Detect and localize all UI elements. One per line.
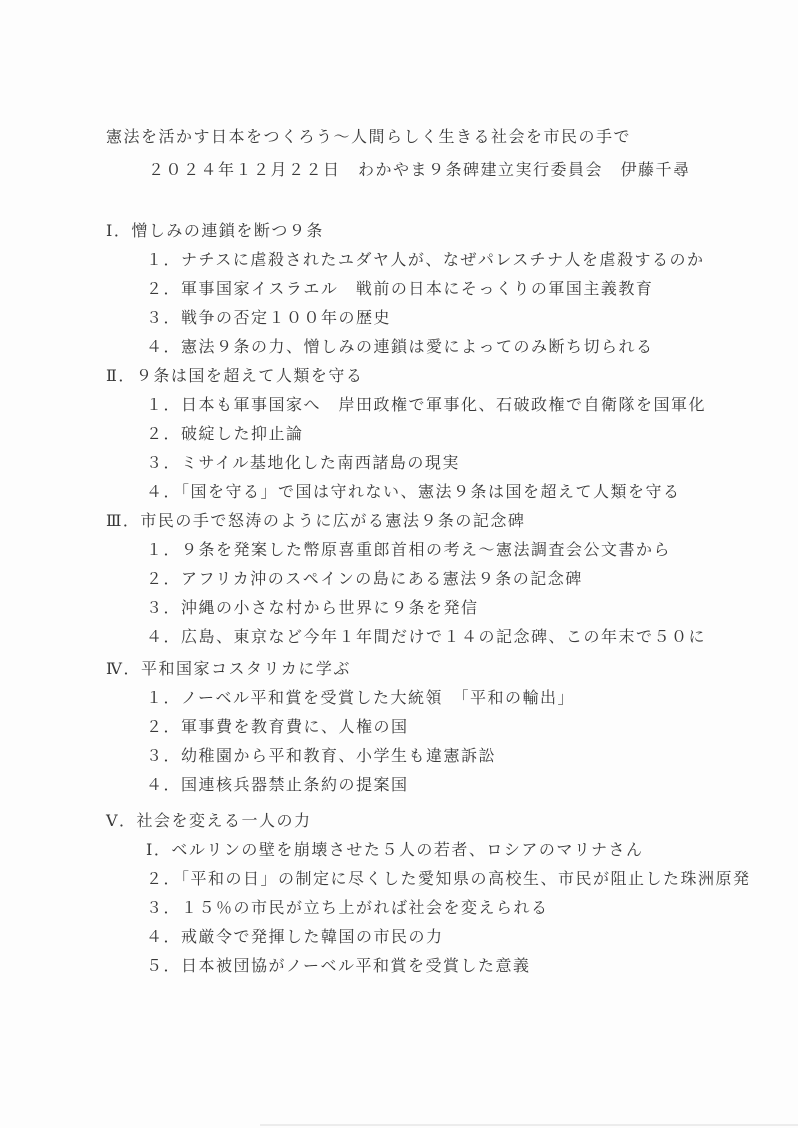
toc-item: ４．「国を守る」で国は守れない、憲法９条は国を超えて人類を守る xyxy=(146,478,776,507)
toc-item: １．ナチスに虐殺されたユダヤ人が、なぜパレスチナ人を虐殺するのか xyxy=(146,246,776,275)
toc-item: ３．戦争の否定１００年の歴史 xyxy=(146,304,776,333)
toc-item: １．９条を発案した幣原喜重郎首相の考え～憲法調査会公文書から xyxy=(146,536,776,565)
scanned-document-page: 憲法を活かす日本をつくろう～人間らしく生きる社会を市民の手で ２０２４年１２月２… xyxy=(0,0,798,1128)
toc-item: ３．ミサイル基地化した南西諸島の現実 xyxy=(146,449,776,478)
document-title: 憲法を活かす日本をつくろう～人間らしく生きる社会を市民の手で xyxy=(106,128,776,148)
toc-section-5: Ⅴ．社会を変える一人の力 Ⅰ．ベルリンの壁を崩壊させた５人の若者、ロシアのマリナ… xyxy=(106,807,776,981)
section-heading: Ⅱ．９条は国を超えて人類を守る xyxy=(106,362,776,391)
toc-section-4: Ⅳ．平和国家コスタリカに学ぶ １．ノーベル平和賞を受賞した大統領 「平和の輸出」… xyxy=(106,655,776,800)
toc-item: ４．広島、東京など今年１年間だけで１４の記念碑、この年末で５０に xyxy=(146,623,776,652)
toc-section-1: Ⅰ．憎しみの連鎖を断つ９条 １．ナチスに虐殺されたユダヤ人が、なぜパレスチナ人を… xyxy=(106,217,776,362)
toc-item: ３．幼稚園から平和教育、小学生も違憲訴訟 xyxy=(146,742,776,771)
document-content: 憲法を活かす日本をつくろう～人間らしく生きる社会を市民の手で ２０２４年１２月２… xyxy=(106,128,776,981)
toc-section-2: Ⅱ．９条は国を超えて人類を守る １．日本も軍事国家へ 岸田政権で軍事化、石破政権… xyxy=(106,362,776,507)
toc-item: ２．「平和の日」の制定に尽くした愛知県の高校生、市民が阻止した珠洲原発 xyxy=(146,865,776,894)
section-heading: Ⅲ．市民の手で怒涛のように広がる憲法９条の記念碑 xyxy=(106,507,776,536)
toc-item: ３．沖縄の小さな村から世界に９条を発信 xyxy=(146,594,776,623)
toc-item: １．日本も軍事国家へ 岸田政権で軍事化、石破政権で自衛隊を国軍化 xyxy=(146,391,776,420)
toc-item: ３．１５％の市民が立ち上がれば社会を変えられる xyxy=(146,894,776,923)
toc-item: ２．破綻した抑止論 xyxy=(146,420,776,449)
toc-section-3: Ⅲ．市民の手で怒涛のように広がる憲法９条の記念碑 １．９条を発案した幣原喜重郎首… xyxy=(106,507,776,652)
toc-item: ２．軍事費を教育費に、人権の国 xyxy=(146,713,776,742)
toc-item: ４．憲法９条の力、憎しみの連鎖は愛によってのみ断ち切られる xyxy=(146,333,776,362)
toc-item: ４．国連核兵器禁止条約の提案国 xyxy=(146,771,776,800)
toc-item: ２．アフリカ沖のスペインの島にある憲法９条の記念碑 xyxy=(146,565,776,594)
toc-item: ５．日本被団協がノーベル平和賞を受賞した意義 xyxy=(146,952,776,981)
scan-edge-artifact xyxy=(260,1124,798,1126)
table-of-contents: Ⅰ．憎しみの連鎖を断つ９条 １．ナチスに虐殺されたユダヤ人が、なぜパレスチナ人を… xyxy=(106,217,776,981)
toc-item: ４．戒厳令で発揮した韓国の市民の力 xyxy=(146,923,776,952)
document-byline: ２０２４年１２月２２日 わかやま９条碑建立実行委員会 伊藤千尋 xyxy=(148,161,776,181)
section-heading: Ⅳ．平和国家コスタリカに学ぶ xyxy=(106,655,776,684)
toc-item: １．ノーベル平和賞を受賞した大統領 「平和の輸出」 xyxy=(146,684,776,713)
toc-item: Ⅰ．ベルリンの壁を崩壊させた５人の若者、ロシアのマリナさん xyxy=(146,836,776,865)
section-heading: Ⅴ．社会を変える一人の力 xyxy=(106,807,776,836)
toc-item: ２．軍事国家イスラエル 戦前の日本にそっくりの軍国主義教育 xyxy=(146,275,776,304)
section-heading: Ⅰ．憎しみの連鎖を断つ９条 xyxy=(106,217,776,246)
